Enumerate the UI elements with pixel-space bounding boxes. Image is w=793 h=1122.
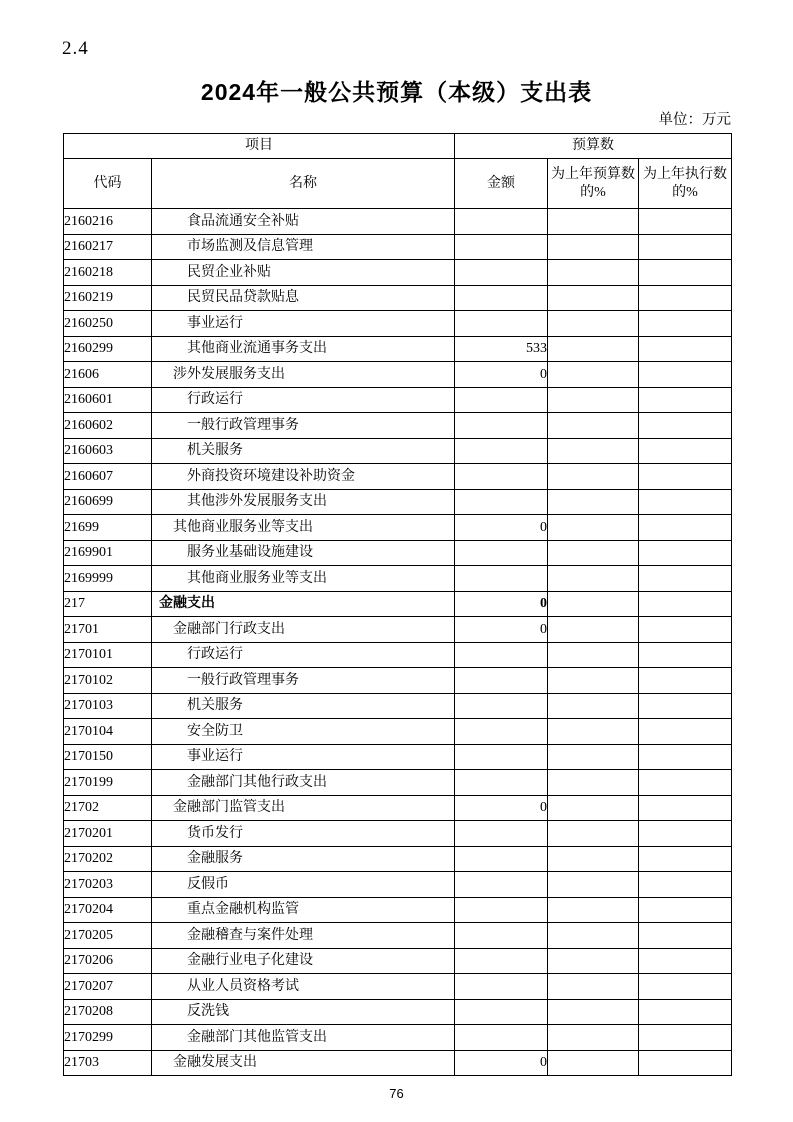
row-pct-prev-exec bbox=[639, 872, 732, 898]
row-pct-prev-budget bbox=[548, 311, 639, 337]
row-amount bbox=[455, 438, 548, 464]
table-row: 2160699 其他涉外发展服务支出 bbox=[64, 489, 732, 515]
row-pct-prev-exec bbox=[639, 336, 732, 362]
table-row: 2170207 从业人员资格考试 bbox=[64, 974, 732, 1000]
table-row: 2170103 机关服务 bbox=[64, 693, 732, 719]
row-pct-prev-budget bbox=[548, 795, 639, 821]
row-name: 其他商业流通事务支出 bbox=[152, 336, 455, 362]
row-code: 21699 bbox=[64, 515, 152, 541]
table-row: 2170150 事业运行 bbox=[64, 744, 732, 770]
row-pct-prev-exec bbox=[639, 719, 732, 745]
row-name: 金融稽查与案件处理 bbox=[152, 923, 455, 949]
row-code: 2170104 bbox=[64, 719, 152, 745]
row-code: 2170207 bbox=[64, 974, 152, 1000]
row-amount bbox=[455, 846, 548, 872]
row-code: 2160250 bbox=[64, 311, 152, 337]
row-pct-prev-exec bbox=[639, 744, 732, 770]
row-pct-prev-budget bbox=[548, 999, 639, 1025]
row-amount: 0 bbox=[455, 795, 548, 821]
row-pct-prev-budget bbox=[548, 387, 639, 413]
row-pct-prev-exec bbox=[639, 974, 732, 1000]
table-row: 2170208 反洗钱 bbox=[64, 999, 732, 1025]
row-code: 2160218 bbox=[64, 260, 152, 286]
row-amount: 0 bbox=[455, 617, 548, 643]
row-name: 货币发行 bbox=[152, 821, 455, 847]
row-name: 一般行政管理事务 bbox=[152, 413, 455, 439]
table-row: 2160216 食品流通安全补贴 bbox=[64, 209, 732, 235]
row-pct-prev-exec bbox=[639, 897, 732, 923]
row-pct-prev-budget bbox=[548, 974, 639, 1000]
row-pct-prev-exec bbox=[639, 642, 732, 668]
table-row: 2170102 一般行政管理事务 bbox=[64, 668, 732, 694]
row-code: 2160607 bbox=[64, 464, 152, 490]
table-row: 21606 涉外发展服务支出 0 bbox=[64, 362, 732, 388]
row-pct-prev-budget bbox=[548, 744, 639, 770]
table-row: 2170201 货币发行 bbox=[64, 821, 732, 847]
row-pct-prev-budget bbox=[548, 336, 639, 362]
table-row: 2160607 外商投资环境建设补助资金 bbox=[64, 464, 732, 490]
row-code: 2160603 bbox=[64, 438, 152, 464]
row-pct-prev-budget bbox=[548, 872, 639, 898]
table-row: 21699 其他商业服务业等支出 0 bbox=[64, 515, 732, 541]
row-pct-prev-budget bbox=[548, 642, 639, 668]
table-row: 2160299 其他商业流通事务支出 533 bbox=[64, 336, 732, 362]
row-pct-prev-budget bbox=[548, 770, 639, 796]
row-code: 2170201 bbox=[64, 821, 152, 847]
row-name: 事业运行 bbox=[152, 744, 455, 770]
row-pct-prev-budget bbox=[548, 540, 639, 566]
row-code: 2160217 bbox=[64, 234, 152, 260]
row-pct-prev-budget bbox=[548, 591, 639, 617]
row-pct-prev-exec bbox=[639, 591, 732, 617]
table-row: 2170202 金融服务 bbox=[64, 846, 732, 872]
row-pct-prev-exec bbox=[639, 489, 732, 515]
row-pct-prev-exec bbox=[639, 515, 732, 541]
row-pct-prev-budget bbox=[548, 719, 639, 745]
row-code: 2170205 bbox=[64, 923, 152, 949]
header-col-pct-prev-exec: 为上年执行数的% bbox=[639, 159, 732, 209]
row-amount bbox=[455, 464, 548, 490]
table-body: 2160216 食品流通安全补贴 2160217 市场监测及信息管理 21602… bbox=[64, 209, 732, 1076]
row-pct-prev-budget bbox=[548, 515, 639, 541]
header-col-amount: 金额 bbox=[455, 159, 548, 209]
table-row: 2170205 金融稽查与案件处理 bbox=[64, 923, 732, 949]
row-code: 2170103 bbox=[64, 693, 152, 719]
row-pct-prev-exec bbox=[639, 795, 732, 821]
row-code: 2170299 bbox=[64, 1025, 152, 1051]
row-pct-prev-exec bbox=[639, 260, 732, 286]
row-name: 金融服务 bbox=[152, 846, 455, 872]
table-row: 2160602 一般行政管理事务 bbox=[64, 413, 732, 439]
row-name: 行政运行 bbox=[152, 642, 455, 668]
header-columns-row: 代码 名称 金额 为上年预算数的% 为上年执行数的% bbox=[64, 159, 732, 209]
row-pct-prev-exec bbox=[639, 311, 732, 337]
table-row: 2169901 服务业基础设施建设 bbox=[64, 540, 732, 566]
row-amount: 0 bbox=[455, 515, 548, 541]
row-pct-prev-exec bbox=[639, 209, 732, 235]
row-pct-prev-exec bbox=[639, 770, 732, 796]
row-name: 外商投资环境建设补助资金 bbox=[152, 464, 455, 490]
page-title: 2024年一般公共预算（本级）支出表 bbox=[0, 74, 793, 107]
row-name: 金融支出 bbox=[152, 591, 455, 617]
page-number: 76 bbox=[0, 1086, 793, 1101]
row-pct-prev-exec bbox=[639, 413, 732, 439]
row-amount bbox=[455, 872, 548, 898]
row-name: 重点金融机构监管 bbox=[152, 897, 455, 923]
row-name: 民贸企业补贴 bbox=[152, 260, 455, 286]
row-pct-prev-budget bbox=[548, 566, 639, 592]
row-amount bbox=[455, 770, 548, 796]
row-pct-prev-budget bbox=[548, 464, 639, 490]
row-pct-prev-budget bbox=[548, 260, 639, 286]
row-code: 2160216 bbox=[64, 209, 152, 235]
row-amount bbox=[455, 311, 548, 337]
row-pct-prev-exec bbox=[639, 923, 732, 949]
row-name: 反假币 bbox=[152, 872, 455, 898]
row-code: 2160219 bbox=[64, 285, 152, 311]
budget-expenditure-table: 项目 预算数 代码 名称 金额 为上年预算数的% 为上年执行数的% 216021… bbox=[63, 133, 732, 1076]
row-pct-prev-exec bbox=[639, 387, 732, 413]
table-row: 217 金融支出 0 bbox=[64, 591, 732, 617]
row-name: 金融行业电子化建设 bbox=[152, 948, 455, 974]
row-pct-prev-budget bbox=[548, 1025, 639, 1051]
row-name: 机关服务 bbox=[152, 693, 455, 719]
row-pct-prev-budget bbox=[548, 438, 639, 464]
table-row: 21702 金融部门监管支出 0 bbox=[64, 795, 732, 821]
row-name: 安全防卫 bbox=[152, 719, 455, 745]
row-pct-prev-budget bbox=[548, 846, 639, 872]
row-amount: 533 bbox=[455, 336, 548, 362]
row-amount bbox=[455, 387, 548, 413]
row-amount: 0 bbox=[455, 591, 548, 617]
row-amount bbox=[455, 693, 548, 719]
header-col-name: 名称 bbox=[152, 159, 455, 209]
table-row: 2160219 民贸民品贷款贴息 bbox=[64, 285, 732, 311]
row-amount bbox=[455, 923, 548, 949]
row-code: 2160699 bbox=[64, 489, 152, 515]
row-pct-prev-budget bbox=[548, 693, 639, 719]
row-pct-prev-exec bbox=[639, 617, 732, 643]
table-row: 2170104 安全防卫 bbox=[64, 719, 732, 745]
row-name: 其他商业服务业等支出 bbox=[152, 515, 455, 541]
table-row: 21701 金融部门行政支出 0 bbox=[64, 617, 732, 643]
section-number: 2.4 bbox=[62, 38, 89, 60]
header-group-item: 项目 bbox=[64, 134, 455, 159]
row-pct-prev-exec bbox=[639, 1025, 732, 1051]
row-amount bbox=[455, 1025, 548, 1051]
row-amount bbox=[455, 566, 548, 592]
row-name: 金融发展支出 bbox=[152, 1050, 455, 1076]
header-group-budget: 预算数 bbox=[455, 134, 732, 159]
row-code: 2170204 bbox=[64, 897, 152, 923]
header-group-row: 项目 预算数 bbox=[64, 134, 732, 159]
row-code: 2170150 bbox=[64, 744, 152, 770]
row-pct-prev-budget bbox=[548, 362, 639, 388]
row-amount bbox=[455, 897, 548, 923]
row-code: 2160299 bbox=[64, 336, 152, 362]
row-amount bbox=[455, 744, 548, 770]
row-amount: 0 bbox=[455, 1050, 548, 1076]
table-row: 21703 金融发展支出 0 bbox=[64, 1050, 732, 1076]
row-pct-prev-exec bbox=[639, 234, 732, 260]
table-row: 2160601 行政运行 bbox=[64, 387, 732, 413]
row-name: 金融部门其他行政支出 bbox=[152, 770, 455, 796]
table-row: 2170199 金融部门其他行政支出 bbox=[64, 770, 732, 796]
row-name: 金融部门监管支出 bbox=[152, 795, 455, 821]
row-code: 2169999 bbox=[64, 566, 152, 592]
row-name: 从业人员资格考试 bbox=[152, 974, 455, 1000]
row-amount bbox=[455, 413, 548, 439]
row-name: 其他涉外发展服务支出 bbox=[152, 489, 455, 515]
table-row: 2169999 其他商业服务业等支出 bbox=[64, 566, 732, 592]
row-pct-prev-budget bbox=[548, 617, 639, 643]
table-row: 2170101 行政运行 bbox=[64, 642, 732, 668]
row-code: 2170199 bbox=[64, 770, 152, 796]
table-row: 2160217 市场监测及信息管理 bbox=[64, 234, 732, 260]
row-pct-prev-budget bbox=[548, 821, 639, 847]
row-pct-prev-budget bbox=[548, 668, 639, 694]
row-pct-prev-exec bbox=[639, 948, 732, 974]
table-row: 2160218 民贸企业补贴 bbox=[64, 260, 732, 286]
row-pct-prev-exec bbox=[639, 566, 732, 592]
row-code: 21606 bbox=[64, 362, 152, 388]
row-code: 21703 bbox=[64, 1050, 152, 1076]
row-code: 2170101 bbox=[64, 642, 152, 668]
row-code: 2160601 bbox=[64, 387, 152, 413]
row-code: 21701 bbox=[64, 617, 152, 643]
row-pct-prev-exec bbox=[639, 362, 732, 388]
row-pct-prev-exec bbox=[639, 693, 732, 719]
row-pct-prev-exec bbox=[639, 668, 732, 694]
table-row: 2170203 反假币 bbox=[64, 872, 732, 898]
row-code: 21702 bbox=[64, 795, 152, 821]
row-pct-prev-exec bbox=[639, 821, 732, 847]
table-row: 2170204 重点金融机构监管 bbox=[64, 897, 732, 923]
row-name: 其他商业服务业等支出 bbox=[152, 566, 455, 592]
row-amount bbox=[455, 668, 548, 694]
unit-label: 单位：万元 bbox=[0, 108, 731, 129]
row-pct-prev-budget bbox=[548, 923, 639, 949]
row-name: 金融部门行政支出 bbox=[152, 617, 455, 643]
row-amount bbox=[455, 260, 548, 286]
row-pct-prev-exec bbox=[639, 438, 732, 464]
row-pct-prev-budget bbox=[548, 1050, 639, 1076]
row-amount: 0 bbox=[455, 362, 548, 388]
row-name: 市场监测及信息管理 bbox=[152, 234, 455, 260]
row-name: 一般行政管理事务 bbox=[152, 668, 455, 694]
row-name: 金融部门其他监管支出 bbox=[152, 1025, 455, 1051]
row-code: 2170102 bbox=[64, 668, 152, 694]
row-name: 行政运行 bbox=[152, 387, 455, 413]
row-amount bbox=[455, 540, 548, 566]
row-code: 2170206 bbox=[64, 948, 152, 974]
table-row: 2170299 金融部门其他监管支出 bbox=[64, 1025, 732, 1051]
row-pct-prev-exec bbox=[639, 540, 732, 566]
row-pct-prev-budget bbox=[548, 209, 639, 235]
row-amount bbox=[455, 209, 548, 235]
header-col-pct-prev-budget: 为上年预算数的% bbox=[548, 159, 639, 209]
row-pct-prev-exec bbox=[639, 285, 732, 311]
document-page: 2.4 2024年一般公共预算（本级）支出表 单位：万元 项目 预算数 代码 名… bbox=[0, 0, 793, 1122]
row-amount bbox=[455, 948, 548, 974]
row-code: 2170203 bbox=[64, 872, 152, 898]
row-code: 2169901 bbox=[64, 540, 152, 566]
row-name: 事业运行 bbox=[152, 311, 455, 337]
row-name: 民贸民品贷款贴息 bbox=[152, 285, 455, 311]
header-col-code: 代码 bbox=[64, 159, 152, 209]
row-code: 217 bbox=[64, 591, 152, 617]
table-row: 2160250 事业运行 bbox=[64, 311, 732, 337]
row-pct-prev-budget bbox=[548, 413, 639, 439]
row-pct-prev-exec bbox=[639, 999, 732, 1025]
row-name: 反洗钱 bbox=[152, 999, 455, 1025]
row-pct-prev-exec bbox=[639, 846, 732, 872]
row-code: 2170208 bbox=[64, 999, 152, 1025]
row-name: 服务业基础设施建设 bbox=[152, 540, 455, 566]
row-name: 机关服务 bbox=[152, 438, 455, 464]
row-amount bbox=[455, 821, 548, 847]
row-amount bbox=[455, 974, 548, 1000]
row-code: 2160602 bbox=[64, 413, 152, 439]
row-amount bbox=[455, 285, 548, 311]
row-name: 食品流通安全补贴 bbox=[152, 209, 455, 235]
row-amount bbox=[455, 999, 548, 1025]
table-row: 2170206 金融行业电子化建设 bbox=[64, 948, 732, 974]
row-pct-prev-exec bbox=[639, 464, 732, 490]
row-name: 涉外发展服务支出 bbox=[152, 362, 455, 388]
row-amount bbox=[455, 719, 548, 745]
row-amount bbox=[455, 642, 548, 668]
row-pct-prev-budget bbox=[548, 489, 639, 515]
table-row: 2160603 机关服务 bbox=[64, 438, 732, 464]
row-code: 2170202 bbox=[64, 846, 152, 872]
row-pct-prev-budget bbox=[548, 285, 639, 311]
row-pct-prev-budget bbox=[548, 948, 639, 974]
row-pct-prev-exec bbox=[639, 1050, 732, 1076]
row-pct-prev-budget bbox=[548, 234, 639, 260]
row-pct-prev-budget bbox=[548, 897, 639, 923]
row-amount bbox=[455, 489, 548, 515]
row-amount bbox=[455, 234, 548, 260]
